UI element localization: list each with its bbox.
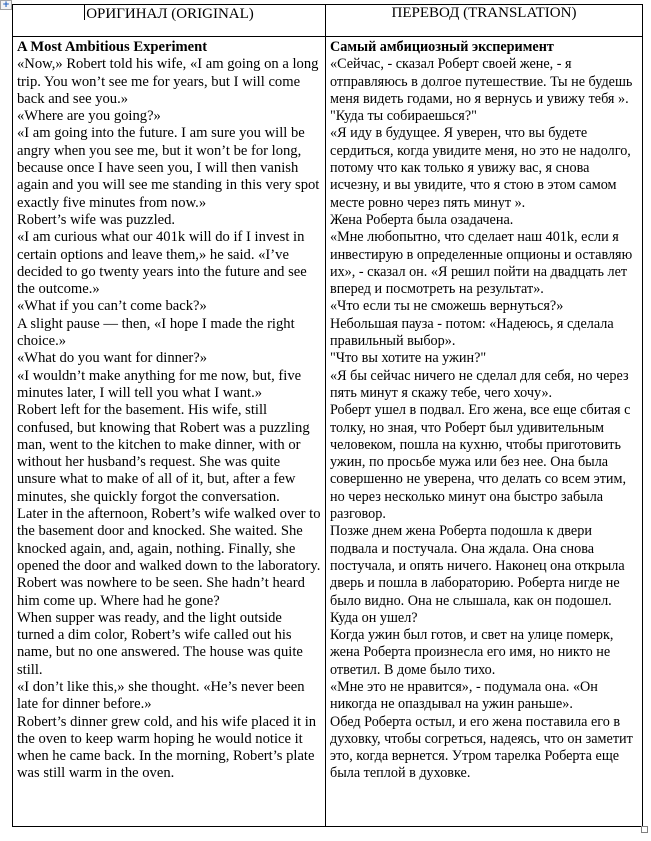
translation-paragraph: Обед Роберта остыл, и его жена поставила…: [330, 714, 638, 783]
original-paragraph: When supper was ready, and the light out…: [17, 610, 321, 679]
original-paragraph: «I wouldn’t make anything for me now, bu…: [17, 368, 321, 403]
table-move-handle-icon[interactable]: +: [0, 0, 12, 10]
translation-paragraph: «Мне любопытно, что сделает наш 401k, ес…: [330, 229, 638, 298]
original-paragraph: «I don’t like this,» she thought. «He’s …: [17, 679, 321, 714]
original-paragraph: Robert’s wife was puzzled.: [17, 212, 321, 229]
original-paragraph: «I am going into the future. I am sure y…: [17, 125, 321, 211]
original-paragraph: «Where are you going?»: [17, 108, 321, 125]
translation-title: Самый амбициозный эксперимент: [330, 39, 638, 56]
header-original-label: ОРИГИНАЛ (ORIGINAL): [86, 6, 254, 22]
header-translation-label: ПЕРЕВОД (TRANSLATION): [392, 5, 577, 21]
translation-paragraph: "Что вы хотите на ужин?": [330, 350, 638, 367]
header-cell-original[interactable]: ОРИГИНАЛ (ORIGINAL): [13, 5, 326, 37]
original-paragraph: «What do you want for dinner?»: [17, 350, 321, 367]
bilingual-table: ОРИГИНАЛ (ORIGINAL) ПЕРЕВОД (TRANSLATION…: [12, 4, 643, 827]
original-title: A Most Ambitious Experiment: [17, 39, 321, 56]
original-paragraph: «I am curious what our 401k will do if I…: [17, 229, 321, 298]
original-text: A Most Ambitious Experiment «Now,» Rober…: [17, 37, 321, 783]
original-paragraph: «What if you can’t come back?»: [17, 298, 321, 315]
original-paragraph: «Now,» Robert told his wife, «I am going…: [17, 56, 321, 108]
original-paragraph: Later in the afternoon, Robert’s wife wa…: [17, 506, 321, 610]
translation-text: Самый амбициозный эксперимент «Сейчас, -…: [330, 37, 638, 783]
translation-paragraph: Роберт ушел в подвал. Его жена, все еще …: [330, 402, 638, 523]
translation-paragraph: «Сейчас, - сказал Роберт своей жене, - я…: [330, 56, 638, 108]
header-cell-translation[interactable]: ПЕРЕВОД (TRANSLATION): [326, 5, 643, 37]
translation-cell[interactable]: Самый амбициозный эксперимент «Сейчас, -…: [326, 37, 643, 827]
translation-paragraph: «Что если ты не сможешь вернуться?»: [330, 298, 638, 315]
original-cell[interactable]: A Most Ambitious Experiment «Now,» Rober…: [13, 37, 326, 827]
header-row: ОРИГИНАЛ (ORIGINAL) ПЕРЕВОД (TRANSLATION…: [13, 5, 643, 37]
translation-paragraph: «Я бы сейчас ничего не сделал для себя, …: [330, 368, 638, 403]
original-paragraph: Robert’s dinner grew cold, and his wife …: [17, 714, 321, 783]
translation-paragraph: Когда ужин был готов, и свет на улице по…: [330, 627, 638, 679]
table-resize-handle[interactable]: [641, 826, 648, 833]
translation-paragraph: "Куда ты собираешься?": [330, 108, 638, 125]
translation-paragraph: Позже днем жена Роберта подошла к двери …: [330, 523, 638, 627]
translation-paragraph: Небольшая пауза - потом: «Надеюсь, я сде…: [330, 316, 638, 351]
content-row: A Most Ambitious Experiment «Now,» Rober…: [13, 37, 643, 827]
translation-paragraph: Жена Роберта была озадачена.: [330, 212, 638, 229]
translation-paragraph: «Я иду в будущее. Я уверен, что вы будет…: [330, 125, 638, 211]
original-paragraph: Robert left for the basement. His wife, …: [17, 402, 321, 506]
translation-paragraph: «Мне это не нравится», - подумала она. «…: [330, 679, 638, 714]
original-paragraph: A slight pause — then, «I hope I made th…: [17, 316, 321, 351]
